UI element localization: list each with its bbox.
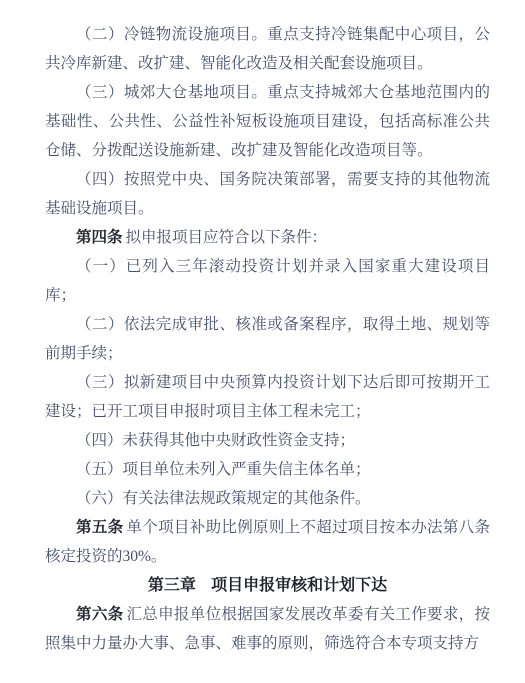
condition-4: （四）未获得其他中央财政性资金支持；	[45, 426, 490, 455]
article-4: 第四条拟申报项目应符合以下条件：	[45, 223, 490, 252]
clause-iii-suburban-warehouse-base: （三）城郊大仓基地项目。重点支持城郊大仓基地范围内的基础性、公共性、公益性补短板…	[45, 78, 490, 165]
condition-1: （一）已列入三年滚动投资计划并录入国家重大建设项目库；	[45, 252, 490, 310]
article-4-label: 第四条	[76, 229, 123, 246]
article-6-label: 第六条	[76, 606, 123, 623]
clause-iv-other-projects: （四）按照党中央、国务院决策部署，需要支持的其他物流基础设施项目。	[45, 165, 490, 223]
condition-6: （六）有关法律法规政策规定的其他条件。	[45, 484, 490, 513]
chapter-3-title: 项目申报审核和计划下达	[211, 577, 387, 594]
condition-5: （五）项目单位未列入严重失信主体名单；	[45, 455, 490, 484]
condition-3: （三）拟新建项目中央预算内投资计划下达后即可按期开工建设；已开工项目申报时项目主…	[45, 368, 490, 426]
article-6: 第六条汇总申报单位根据国家发展改革委有关工作要求，按照集中力量办大事、急事、难事…	[45, 600, 490, 658]
condition-2: （二）依法完成审批、核准或备案程序，取得土地、规划等前期手续；	[45, 310, 490, 368]
article-5-label: 第五条	[76, 519, 123, 536]
article-5: 第五条单个项目补助比例原则上不超过项目按本办法第八条核定投资的30%。	[45, 513, 490, 571]
article-4-text: 拟申报项目应符合以下条件：	[126, 229, 328, 246]
clause-ii-cold-chain: （二）冷链物流设施项目。重点支持冷链集配中心项目，公共冷库新建、改扩建、智能化改…	[45, 20, 490, 78]
document-page: （二）冷链物流设施项目。重点支持冷链集配中心项目，公共冷库新建、改扩建、智能化改…	[0, 0, 525, 658]
chapter-3-heading: 第三章项目申报审核和计划下达	[45, 571, 490, 600]
chapter-3-number: 第三章	[148, 577, 196, 594]
